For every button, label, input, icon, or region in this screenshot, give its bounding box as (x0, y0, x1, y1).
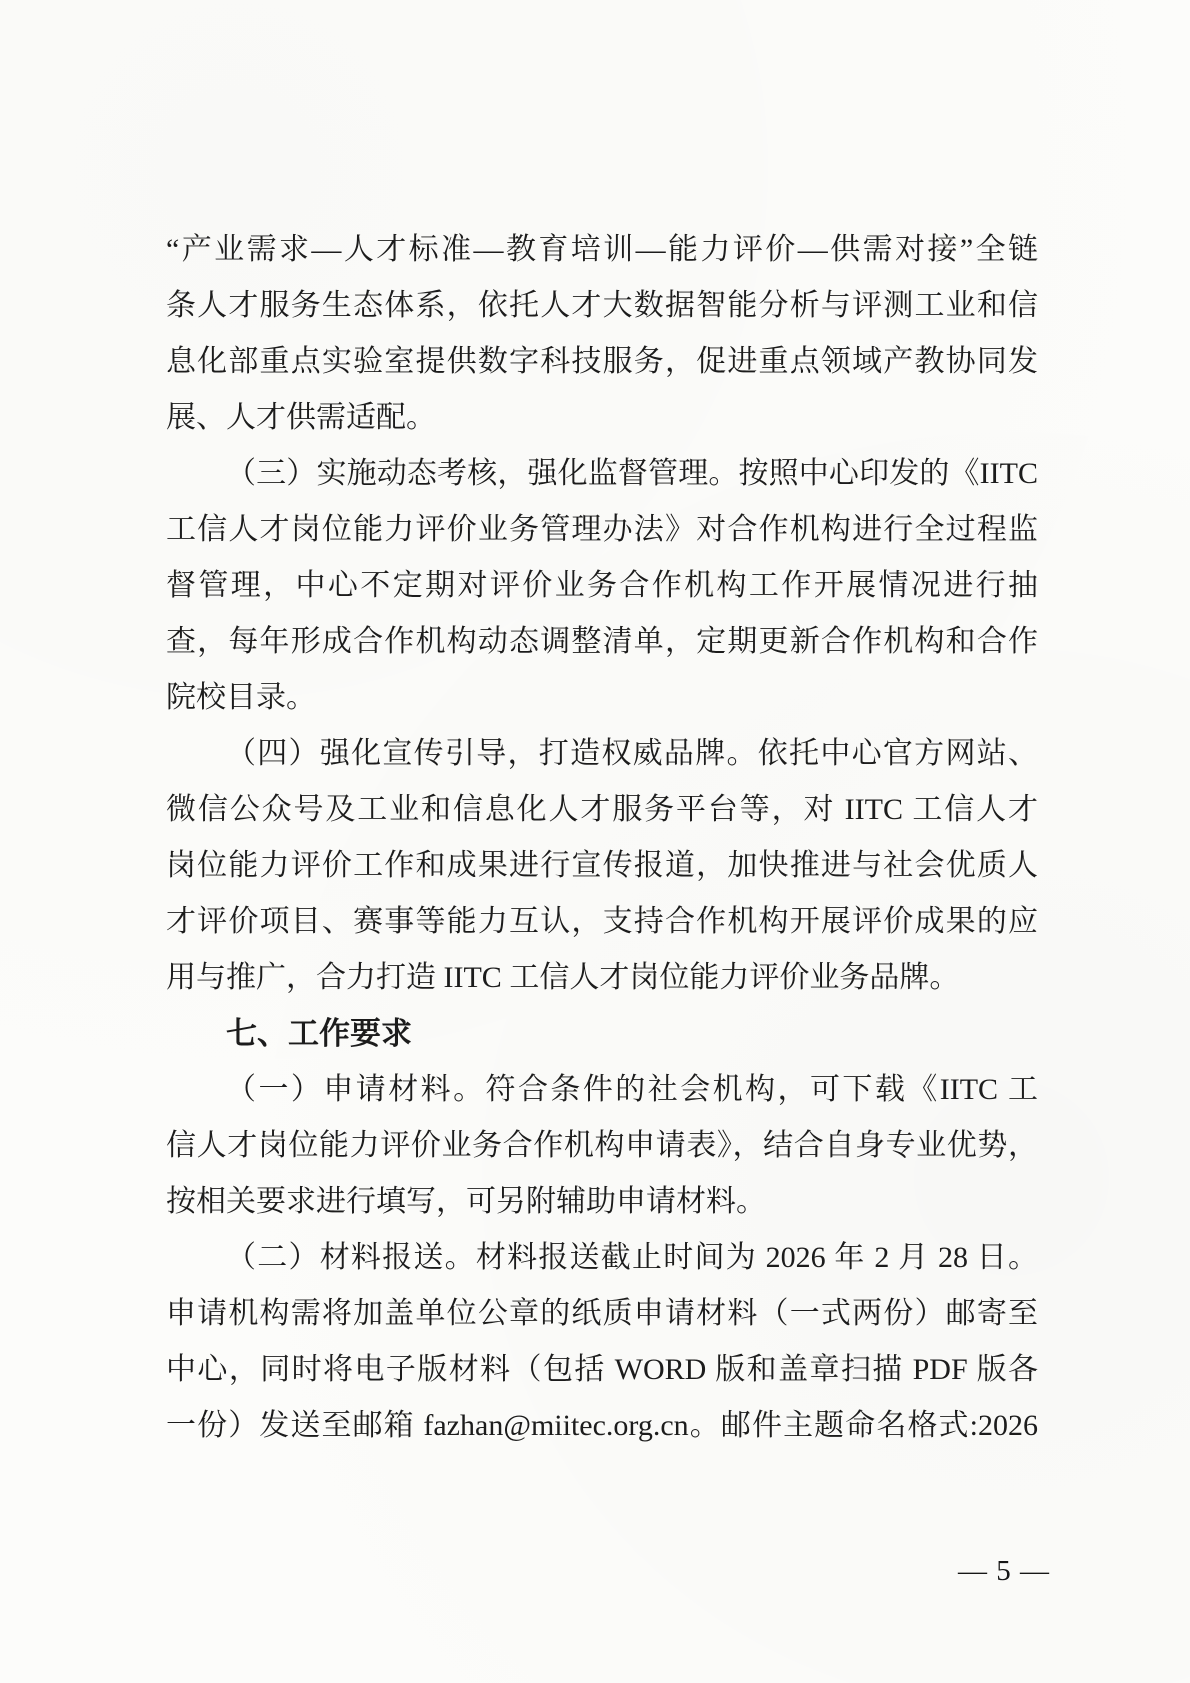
scanned-document-page: “产业需求—人才标准—教育培训—能力评价—供需对接”全链条人才服务生态体系，依托… (0, 0, 1190, 1683)
document-line: 展、人才供需适配。 (166, 390, 1038, 446)
document-line: 院校目录。 (166, 670, 1038, 726)
document-line: 岗位能力评价工作和成果进行宣传报道，加快推进与社会优质人 (166, 838, 1038, 894)
document-line: 工信人才岗位能力评价业务管理办法》对合作机构进行全过程监 (166, 502, 1038, 558)
document-line: 息化部重点实验室提供数字科技服务，促进重点领域产教协同发 (166, 334, 1038, 390)
document-line: 督管理，中心不定期对评价业务合作机构工作开展情况进行抽 (166, 558, 1038, 614)
document-line: 查，每年形成合作机构动态调整清单，定期更新合作机构和合作 (166, 614, 1038, 670)
document-line: 中心，同时将电子版材料（包括 WORD 版和盖章扫描 PDF 版各 (166, 1342, 1038, 1398)
document-line: 按相关要求进行填写，可另附辅助申请材料。 (166, 1174, 1038, 1230)
document-line: 微信公众号及工业和信息化人才服务平台等，对 IITC 工信人才 (166, 782, 1038, 838)
document-line: 才评价项目、赛事等能力互认，支持合作机构开展评价成果的应 (166, 894, 1038, 950)
document-line: （四）强化宣传引导，打造权威品牌。依托中心官方网站、 (166, 726, 1038, 782)
document-line: 申请机构需将加盖单位公章的纸质申请材料（一式两份）邮寄至 (166, 1286, 1038, 1342)
document-line: （二）材料报送。材料报送截止时间为 2026 年 2 月 28 日。 (166, 1230, 1038, 1286)
document-line: （一）申请材料。符合条件的社会机构，可下载《IITC 工 (166, 1062, 1038, 1118)
document-line: 一份）发送至邮箱 fazhan@miitec.org.cn。邮件主题命名格式:2… (166, 1398, 1038, 1454)
document-line: “产业需求—人才标准—教育培训—能力评价—供需对接”全链 (166, 222, 1038, 278)
document-body: “产业需求—人才标准—教育培训—能力评价—供需对接”全链条人才服务生态体系，依托… (166, 222, 1038, 1454)
document-line: （三）实施动态考核，强化监督管理。按照中心印发的《IITC (166, 446, 1038, 502)
document-line: 条人才服务生态体系，依托人才大数据智能分析与评测工业和信 (166, 278, 1038, 334)
section-heading: 七、工作要求 (166, 1006, 1038, 1062)
document-line: 信人才岗位能力评价业务合作机构申请表》，结合自身专业优势， (166, 1118, 1038, 1174)
document-line: 用与推广，合力打造 IITC 工信人才岗位能力评价业务品牌。 (166, 950, 1038, 1006)
page-number: — 5 — (958, 1549, 1050, 1594)
